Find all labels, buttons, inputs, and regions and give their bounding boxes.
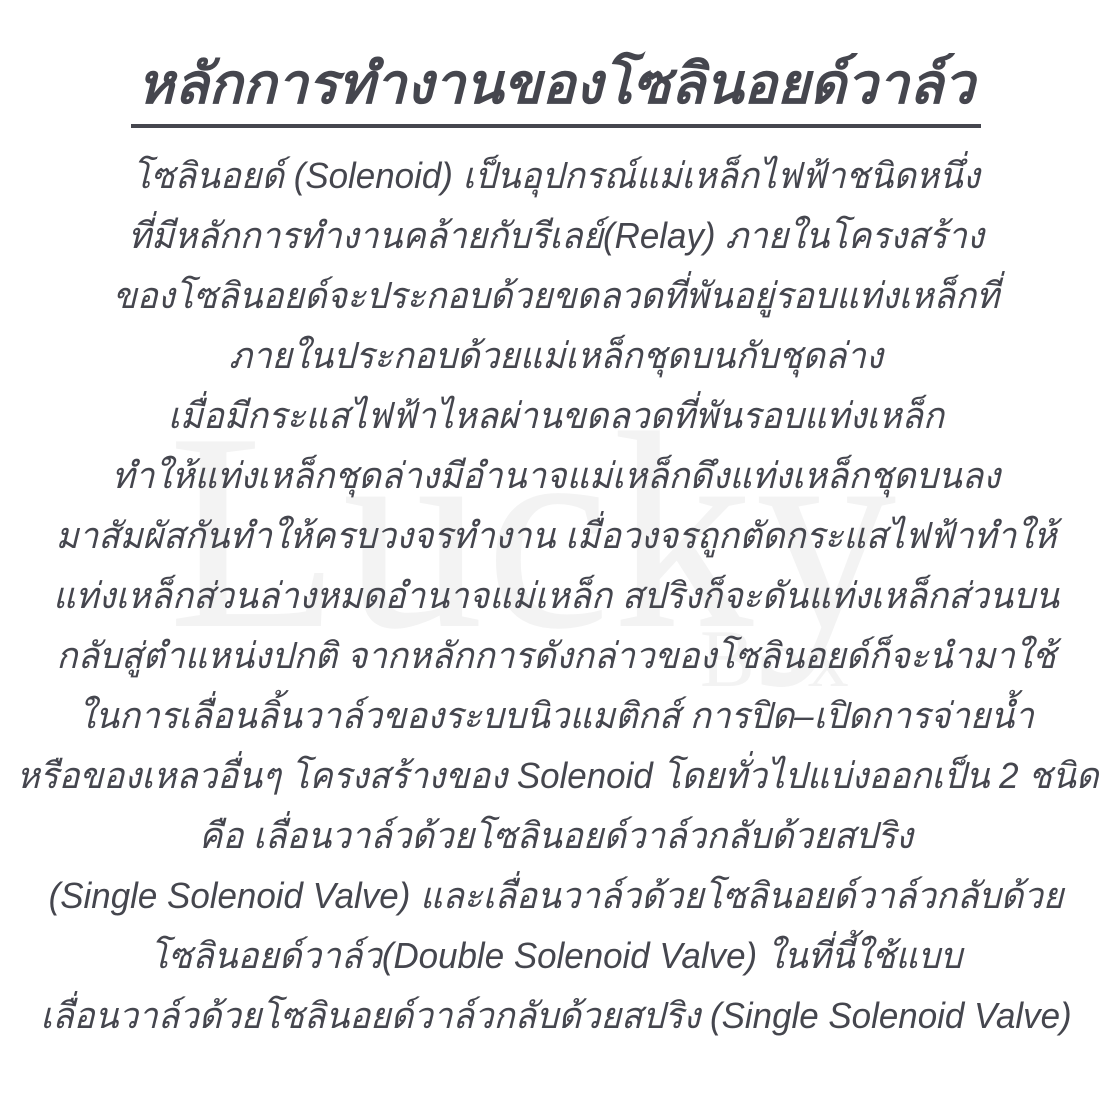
- paragraph-line: คือ เลื่อนวาล์วด้วยโซลินอยด์วาล์วกลับด้ว…: [17, 806, 1096, 866]
- paragraph-line: กลับสู่ตำแหน่งปกติ จากหลักการดังกล่าวของ…: [17, 626, 1096, 686]
- paragraph-line: โซลินอยด์วาล์ว(Double Solenoid Valve) ใน…: [17, 926, 1096, 986]
- page-title-row: หลักการทำงานของโซลินอยด์วาล์ว: [0, 52, 1112, 128]
- paragraph-line: ที่มีหลักการทำงานคล้ายกับรีเลย์(Relay) ภ…: [17, 206, 1096, 266]
- paragraph-line: ในการเลื่อนลิ้นวาล์วของระบบนิวแมติกส์ กา…: [17, 686, 1096, 746]
- paragraph-line: แท่งเหล็กส่วนล่างหมดอำนาจแม่เหล็ก สปริงก…: [17, 566, 1096, 626]
- paragraph-line: โซลินอยด์ (Solenoid) เป็นอุปกรณ์แม่เหล็ก…: [17, 146, 1096, 206]
- paragraph-line: ของโซลินอยด์จะประกอบด้วยขดลวดที่พันอยู่ร…: [17, 266, 1096, 326]
- body-paragraph: โซลินอยด์ (Solenoid) เป็นอุปกรณ์แม่เหล็ก…: [0, 146, 1112, 1046]
- paragraph-line: มาสัมผัสกันทำให้ครบวงจรทำงาน เมื่อวงจรถู…: [17, 506, 1096, 566]
- paragraph-line: เลื่อนวาล์วด้วยโซลินอยด์วาล์วกลับด้วยสปร…: [17, 986, 1096, 1046]
- document-page: Lucky Box หลักการทำงานของโซลินอยด์วาล์ว …: [0, 0, 1112, 1112]
- paragraph-line: เมื่อมีกระแสไฟฟ้าไหลผ่านขดลวดที่พันรอบแท…: [17, 386, 1096, 446]
- paragraph-line: ทำให้แท่งเหล็กชุดล่างมีอำนาจแม่เหล็กดึงแ…: [17, 446, 1096, 506]
- paragraph-line: ภายในประกอบด้วยแม่เหล็กชุดบนกับชุดล่าง: [17, 326, 1096, 386]
- paragraph-line: หรือของเหลวอื่นๆ โครงสร้างของ Solenoid โ…: [17, 746, 1096, 806]
- page-title: หลักการทำงานของโซลินอยด์วาล์ว: [131, 52, 980, 128]
- paragraph-line: (Single Solenoid Valve) และเลื่อนวาล์วด้…: [17, 866, 1096, 926]
